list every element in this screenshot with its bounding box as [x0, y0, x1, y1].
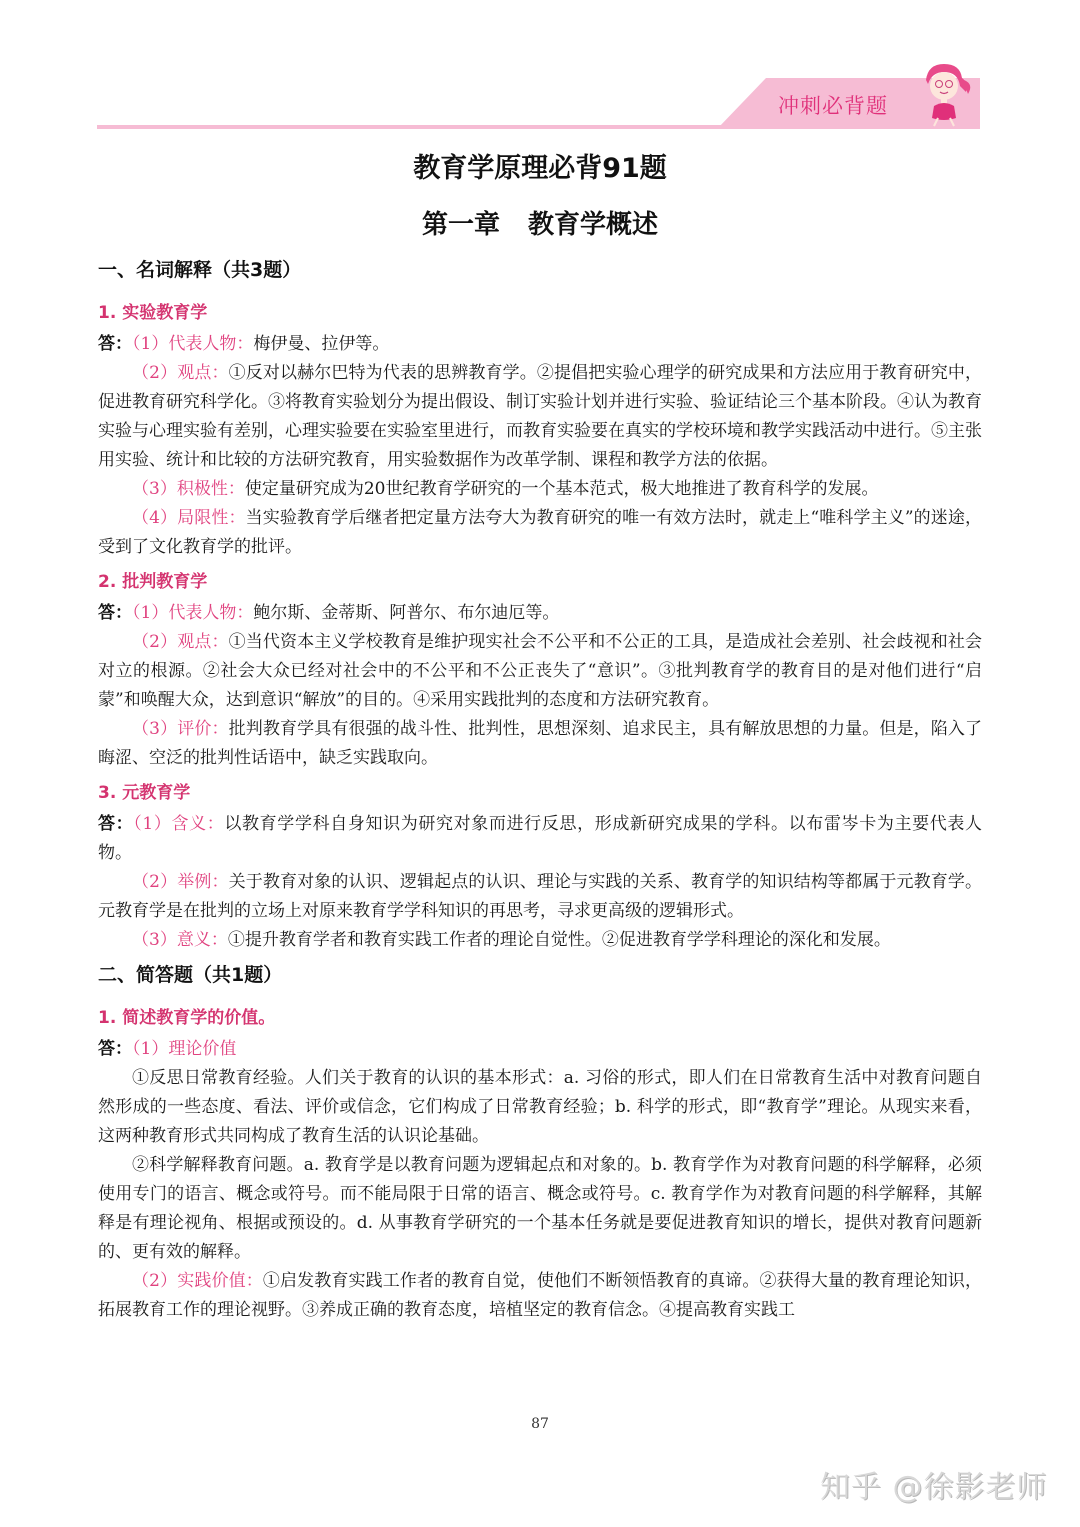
point-text: ②科学解释教育问题。a. 教育学是以教育问题为逻辑起点和对象的。b. 教育学作为… [98, 1155, 982, 1262]
point-text: 使定量研究成为20世纪教育学研究的一个基本范式，极大地推进了教育科学的发展。 [245, 479, 879, 499]
point-label: （4）局限性： [132, 508, 246, 528]
answer-point: （3）评价：批判教育学具有很强的战斗性、批判性，思想深刻、追求民主，具有解放思想… [98, 715, 982, 773]
answer-point: （4）局限性：当实验教育学后继者把定量方法夸大为教育研究的唯一有效方法时，就走上… [98, 504, 982, 562]
point-label: （1）代表人物： [132, 334, 253, 354]
question-title: 3. 元教育学 [98, 779, 982, 808]
question-title: 1. 实验教育学 [98, 299, 982, 328]
point-text: ①当代资本主义学校教育是维护现实社会不公平和不公正的工具，是造成社会差别、社会歧… [98, 632, 982, 710]
answer-label: 答： [98, 814, 133, 834]
answer-point: （2）举例：关于教育对象的认识、逻辑起点的认识、理论与实践的关系、教育学的知识结… [98, 868, 982, 926]
answer-label: 答： [98, 334, 132, 354]
question-block: 1. 实验教育学 答：（1）代表人物：梅伊曼、拉伊等。 （2）观点：①反对以赫尔… [98, 299, 982, 562]
section-heading: 二、简答题（共1题） [98, 961, 982, 990]
section-heading: 一、名词解释（共3题） [98, 256, 982, 285]
chapter-title: 第一章教育学概述 [0, 204, 1080, 241]
point-label: （3）意义： [132, 930, 228, 950]
question-block: 2. 批判教育学 答：（1）代表人物：鲍尔斯、金蒂斯、阿普尔、布尔迪厄等。 （2… [98, 568, 982, 773]
point-text: ①反思日常教育经验。人们关于教育的认识的基本形式：a. 习俗的形式，即人们在日常… [98, 1068, 982, 1146]
answer-point: （3）积极性：使定量研究成为20世纪教育学研究的一个基本范式，极大地推进了教育科… [98, 475, 982, 504]
document-title: 教育学原理必背91题 [0, 146, 1080, 185]
answer-point: （3）意义：①提升教育学者和教育实践工作者的理论自觉性。②促进教育学学科理论的深… [98, 926, 982, 955]
point-label: （2）观点： [132, 632, 229, 652]
answer-point: （2）实践价值：①启发教育实践工作者的教育自觉，使他们不断领悟教育的真谛。②获得… [98, 1267, 982, 1325]
point-text: ①提升教育学者和教育实践工作者的理论自觉性。②促进教育学学科理论的深化和发展。 [228, 930, 891, 950]
answer-label: 答： [98, 603, 132, 623]
question-title: 1. 简述教育学的价值。 [98, 1004, 982, 1033]
cartoon-girl-icon [908, 58, 978, 128]
point-label: （3）评价： [132, 719, 229, 739]
header-banner-label: 冲刺必背题 [778, 90, 888, 120]
answer-point: 答：（1）理论价值 [98, 1035, 982, 1064]
answer-point: ②科学解释教育问题。a. 教育学是以教育问题为逻辑起点和对象的。b. 教育学作为… [98, 1151, 982, 1267]
point-text: 鲍尔斯、金蒂斯、阿普尔、布尔迪厄等。 [253, 603, 559, 623]
watermark: 知乎 @徐影老师 [820, 1462, 1048, 1506]
answer-point: 答：（1）代表人物：梅伊曼、拉伊等。 [98, 330, 982, 359]
point-label: （1）含义： [133, 814, 224, 834]
point-label: （1）理论价值 [132, 1039, 236, 1059]
point-label: （3）积极性： [132, 479, 245, 499]
header-rule-divider [97, 125, 980, 129]
point-text: 梅伊曼、拉伊等。 [253, 334, 389, 354]
document-body: 一、名词解释（共3题） 1. 实验教育学 答：（1）代表人物：梅伊曼、拉伊等。 … [98, 256, 982, 1331]
point-text: 批判教育学具有很强的战斗性、批判性，思想深刻、追求民主，具有解放思想的力量。但是… [98, 719, 982, 768]
question-block: 3. 元教育学 答：（1）含义：以教育学学科自身知识为研究对象而进行反思，形成新… [98, 779, 982, 955]
point-label: （1）代表人物： [132, 603, 253, 623]
point-label: （2）观点： [132, 363, 229, 383]
answer-point: （2）观点：①当代资本主义学校教育是维护现实社会不公平和不公正的工具，是造成社会… [98, 628, 982, 715]
question-block: 1. 简述教育学的价值。 答：（1）理论价值 ①反思日常教育经验。人们关于教育的… [98, 1004, 982, 1325]
answer-point: （2）观点：①反对以赫尔巴特为代表的思辨教育学。②提倡把实验心理学的研究成果和方… [98, 359, 982, 475]
answer-label: 答： [98, 1039, 132, 1059]
answer-point: 答：（1）含义：以教育学学科自身知识为研究对象而进行反思，形成新研究成果的学科。… [98, 810, 982, 868]
page-number: 87 [0, 1416, 1080, 1432]
answer-point: 答：（1）代表人物：鲍尔斯、金蒂斯、阿普尔、布尔迪厄等。 [98, 599, 982, 628]
chapter-number: 第一章 [422, 210, 500, 240]
point-text: 以教育学学科自身知识为研究对象而进行反思，形成新研究成果的学科。以布雷岑卡为主要… [98, 814, 982, 863]
point-text: 关于教育对象的认识、逻辑起点的认识、理论与实践的关系、教育学的知识结构等都属于元… [98, 872, 982, 921]
point-text: ①反对以赫尔巴特为代表的思辨教育学。②提倡把实验心理学的研究成果和方法应用于教育… [98, 363, 982, 470]
point-label: （2）举例： [132, 872, 229, 892]
question-title: 2. 批判教育学 [98, 568, 982, 597]
chapter-name: 教育学概述 [528, 210, 658, 240]
point-label: （2）实践价值： [132, 1271, 263, 1291]
answer-point: ①反思日常教育经验。人们关于教育的认识的基本形式：a. 习俗的形式，即人们在日常… [98, 1064, 982, 1151]
